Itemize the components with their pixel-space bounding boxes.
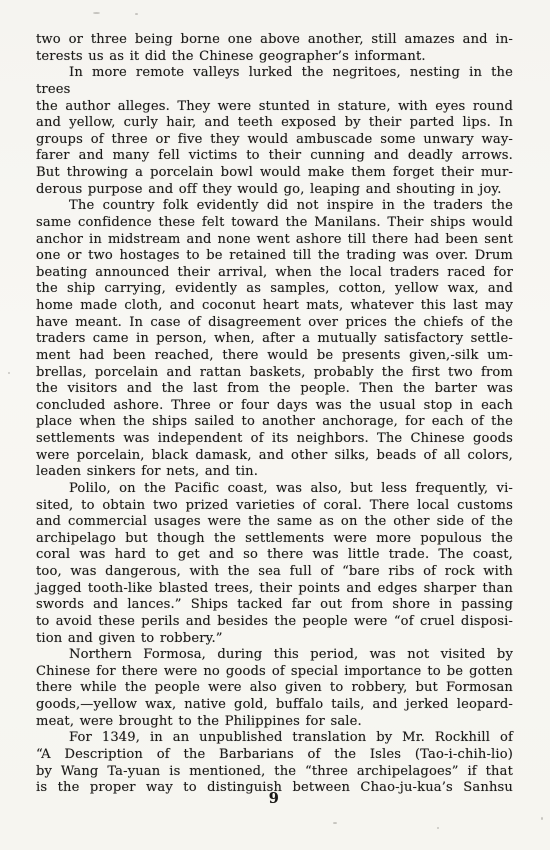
text-line: jagged tooth-like blasted trees, their p…: [36, 581, 513, 598]
scan-speckle: [8, 372, 10, 374]
text-line: The country folk evidently did not inspi…: [36, 198, 513, 215]
text-block: two or three being borne one above anoth…: [36, 32, 513, 797]
text-line: Chinese for there were no goods of speci…: [36, 664, 513, 681]
text-line: place when the ships sailed to another a…: [36, 414, 513, 431]
text-line: ment had been reached, there would be pr…: [36, 348, 513, 365]
text-line: and commercial usages were the same as o…: [36, 514, 513, 531]
text-line: brellas, porcelain and rattan baskets, p…: [36, 365, 513, 382]
text-line: Northern Formosa, during this period, wa…: [36, 647, 513, 664]
text-line: leaden sinkers for nets, and tin.: [36, 464, 513, 481]
text-line: coral was hard to get and so there was l…: [36, 547, 513, 564]
text-line: beating announced their arrival, when th…: [36, 265, 513, 282]
book-page-scan: two or three being borne one above anoth…: [0, 0, 550, 850]
text-line: have meant. In case of disagreement over…: [36, 315, 513, 332]
text-line: two or three being borne one above anoth…: [36, 32, 513, 49]
paragraph: Northern Formosa, during this period, wa…: [36, 647, 513, 730]
scan-speckle: [333, 822, 337, 824]
scan-speckle: [541, 817, 543, 820]
text-line: swords and lances.” Ships tacked far out…: [36, 597, 513, 614]
text-line: there while the people were also given t…: [36, 680, 513, 697]
text-line: by Wang Ta-yuan is mentioned, the “three…: [36, 764, 513, 781]
text-line: one or two hostages to be retained till …: [36, 248, 513, 265]
text-line: the visitors and the last from the peopl…: [36, 381, 513, 398]
text-line: settlements was independent of its neigh…: [36, 431, 513, 448]
paragraph: The country folk evidently did not inspi…: [36, 198, 513, 481]
text-line: For 1349, in an unpublished translation …: [36, 730, 513, 747]
text-line: the ship carrying, evidently as samples,…: [36, 281, 513, 298]
text-line: groups of three or five they would ambus…: [36, 132, 513, 149]
text-line: tion and given to robbery.”: [36, 631, 513, 648]
text-line: Polilo, on the Pacific coast, was also, …: [36, 481, 513, 498]
paragraph: two or three being borne one above anoth…: [36, 32, 513, 65]
scan-speckle: [135, 13, 138, 15]
scan-speckle: [437, 827, 439, 829]
paragraph: In more remote valleys lurked the negrit…: [36, 65, 513, 198]
text-line: goods,—yellow wax, native gold, buffalo …: [36, 697, 513, 714]
text-line: traders came in person, when, after a mu…: [36, 331, 513, 348]
page-number: 9: [0, 790, 548, 807]
text-line: anchor in midstream and none went ashore…: [36, 232, 513, 249]
scan-speckle: [93, 12, 100, 14]
text-line: But throwing a porcelain bowl would make…: [36, 165, 513, 182]
text-line: concluded ashore. Three or four days was…: [36, 398, 513, 415]
text-line: too, was dangerous, with the sea full of…: [36, 564, 513, 581]
text-line: archipelago but though the settlements w…: [36, 531, 513, 548]
text-line: “A Description of the Barbarians of the …: [36, 747, 513, 764]
text-line: were porcelain, black damask, and other …: [36, 448, 513, 465]
paragraph: For 1349, in an unpublished translation …: [36, 730, 513, 797]
text-line: sited, to obtain two prized varieties of…: [36, 498, 513, 515]
paragraph: Polilo, on the Pacific coast, was also, …: [36, 481, 513, 647]
text-line: and yellow, curly hair, and teeth expose…: [36, 115, 513, 132]
text-line: same confidence these felt toward the Ma…: [36, 215, 513, 232]
text-line: farer and many fell victims to their cun…: [36, 148, 513, 165]
text-line: derous purpose and off they would go, le…: [36, 182, 513, 199]
text-line: the author alleges. They were stunted in…: [36, 99, 513, 116]
text-line: In more remote valleys lurked the negrit…: [36, 65, 513, 98]
text-line: terests us as it did the Chinese geograp…: [36, 49, 513, 66]
text-line: meat, were brought to the Philippines fo…: [36, 714, 513, 731]
text-line: to avoid these perils and besides the pe…: [36, 614, 513, 631]
text-line: home made cloth, and coconut heart mats,…: [36, 298, 513, 315]
